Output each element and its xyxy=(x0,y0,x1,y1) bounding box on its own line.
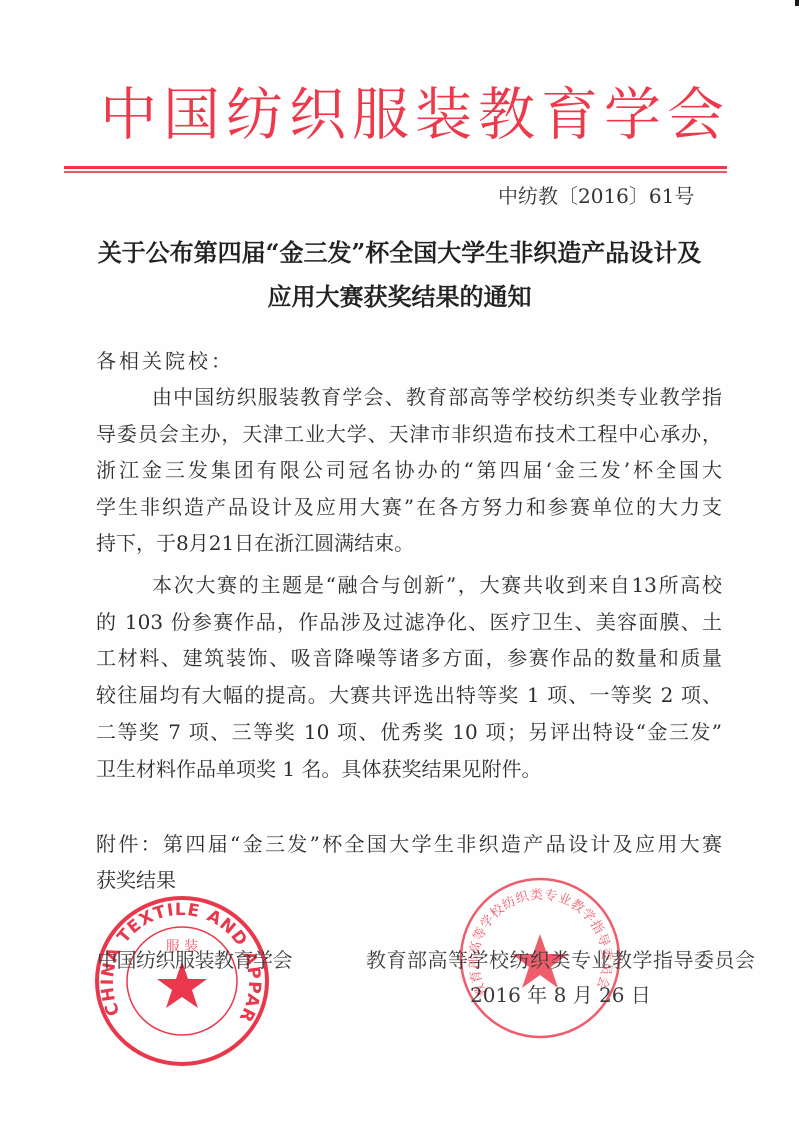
signature-left-organization: 中国纺织服装教育学会 xyxy=(97,947,292,973)
paragraph-2-line: 的 103 份参赛作品，作品涉及过滤净化、医疗卫生、美容面膜、土 xyxy=(96,608,722,636)
paragraph-2-line: 工材料、建筑装饰、吸音降噪等诸多方面，参赛作品的数量和质量 xyxy=(96,644,722,672)
paragraph-1-line: 持下，于8月21日在浙江圆满结束。 xyxy=(96,529,722,557)
letterhead-rule-thick xyxy=(64,166,727,169)
signature-date: 2016 年 8 月 26 日 xyxy=(470,982,651,1008)
scan-artifact xyxy=(795,0,799,6)
paragraph-2-line: 二等奖 7 项、三等奖 10 项、优秀奖 10 项；另评出特设“金三发” xyxy=(96,718,722,746)
paragraph-2-line: 卫生材料作品单项奖 1 名。具体获奖结果见附件。 xyxy=(96,755,722,783)
official-seal-left: CHINA TEXTILE AND APPAREL EDUCATION SOCI… xyxy=(92,893,272,1069)
paragraph-1-line: 由中国纺织服装教育学会、教育部高等学校纺织类专业教学指 xyxy=(152,383,722,411)
paragraph-2-line: 本次大赛的主题是“融合与创新”，大赛共收到来自13所高校 xyxy=(152,571,722,599)
document-number: 中纺教〔2016〕61号 xyxy=(498,183,694,209)
attachment-line-1: 附件：第四届“金三发”杯全国大学生非织造产品设计及应用大赛 xyxy=(96,830,722,858)
document-title-line-2: 应用大赛获奖结果的通知 xyxy=(60,282,739,312)
paragraph-1-line: 浙江金三发集团有限公司冠名协办的“第四届‘金三发’杯全国大 xyxy=(96,456,722,484)
paragraph-1-line: 导委员会主办，天津工业大学、天津市非织造布技术工程中心承办， xyxy=(96,420,722,448)
paragraph-1-line: 学生非织造产品设计及应用大赛”在各方努力和参赛单位的大力支 xyxy=(96,493,722,521)
document-title-line-1: 关于公布第四届“金三发”杯全国大学生非织造产品设计及 xyxy=(60,238,739,268)
attachment-line-2: 获奖结果 xyxy=(96,866,722,894)
salutation: 各相关院校： xyxy=(96,347,234,375)
paragraph-2-line: 较往届均有大幅的提高。大赛共评选出特等奖 1 项、一等奖 2 项、 xyxy=(96,681,722,709)
letterhead-rule-thin xyxy=(64,171,727,173)
letterhead-organization: 中国纺织服装教育学会 xyxy=(100,82,700,148)
signature-right-organization: 教育部高等学校纺织类专业教学指导委员会 xyxy=(366,947,756,973)
